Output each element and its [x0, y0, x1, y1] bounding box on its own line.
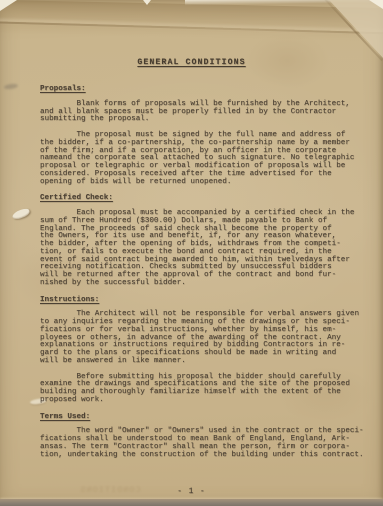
- scan-corner-top-left: [0, 0, 17, 11]
- section-heading-certified-check: Certified Check:: [40, 195, 375, 203]
- paragraph: The proposal must be signed by the full …: [40, 132, 375, 186]
- paragraph: Blank forms of proposals will be furnish…: [40, 101, 375, 124]
- paper-top-shading: [0, 0, 383, 42]
- section-heading-proposals: Proposals:: [40, 86, 375, 94]
- paper-edge-nick: [143, 0, 151, 5]
- paragraph: Each proposal must be accompanied by a c…: [40, 210, 375, 288]
- scan-corner-top-right: [369, 0, 383, 9]
- paragraph: The Architect will not be responsible fo…: [40, 311, 375, 365]
- section-heading-terms-used: Terms Used:: [40, 414, 375, 422]
- page-number: - 1 -: [0, 488, 383, 496]
- document-title: GENERAL CONDITIONS: [0, 58, 383, 67]
- section-heading-instructions: Instructions:: [40, 297, 375, 305]
- paper-tear-left-edge: [11, 207, 31, 220]
- document-body: Proposals: Blank forms of proposals will…: [40, 86, 375, 467]
- paragraph: The word "Owner" or "Owners" used in the…: [40, 428, 375, 459]
- smudge-mark-left: [4, 83, 19, 90]
- paragraph: Before submitting his proposal the bidde…: [40, 374, 375, 405]
- paper-bottom-edge: [0, 499, 383, 506]
- scanned-paper: GENERAL CONDITIONS Proposals: Blank form…: [0, 0, 383, 506]
